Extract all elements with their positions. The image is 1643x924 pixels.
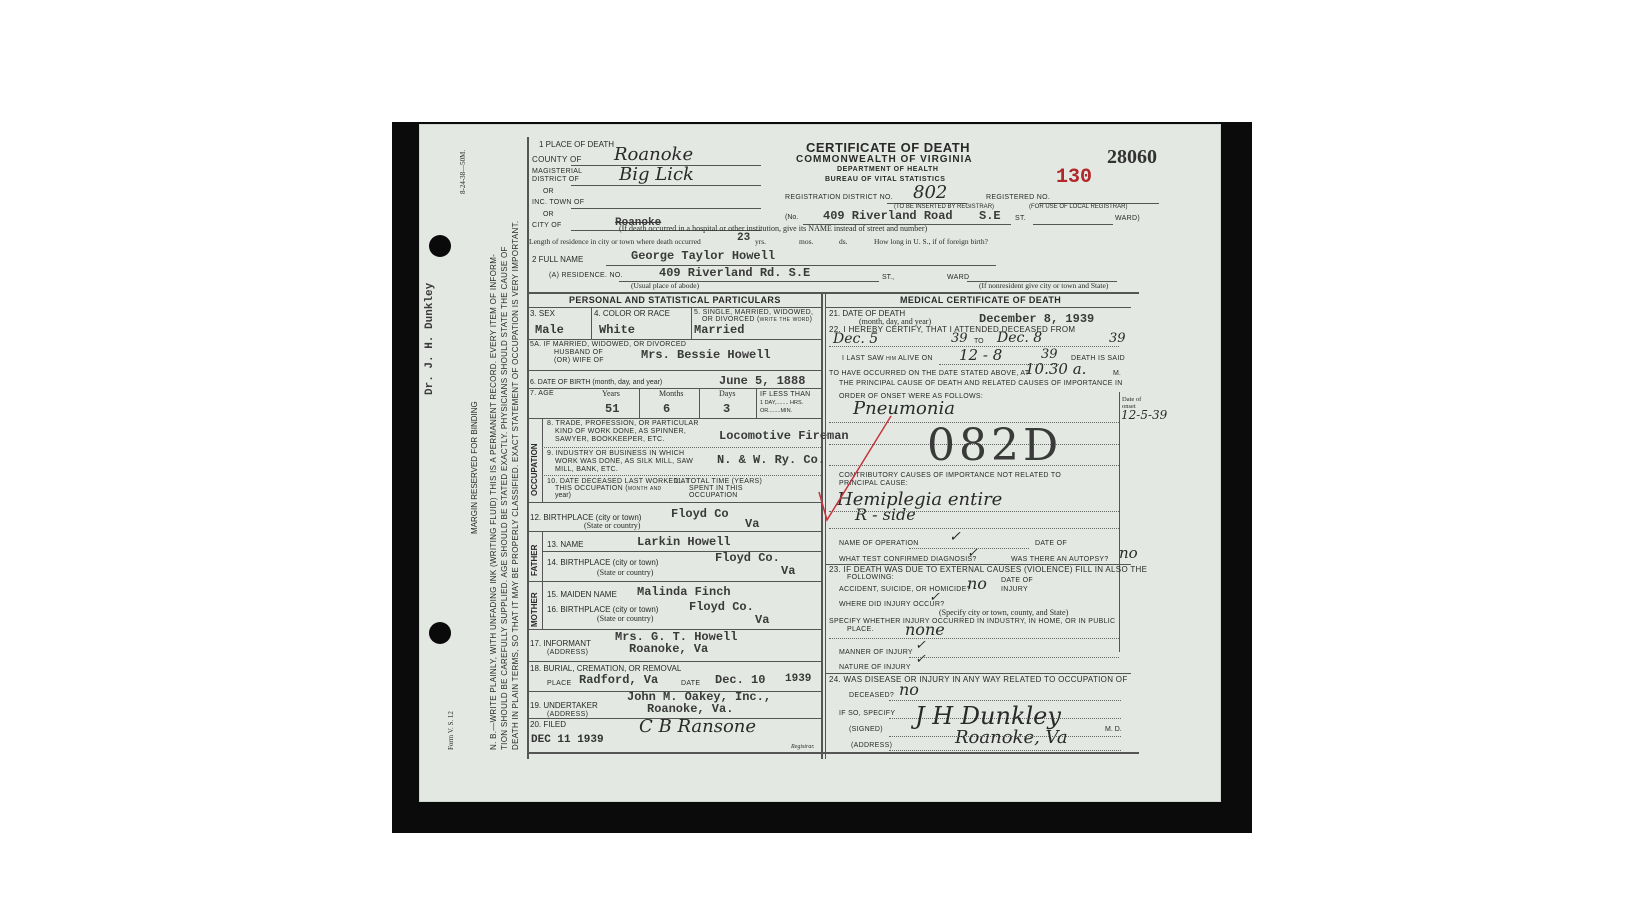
ward-label: WARD) [1115, 215, 1140, 222]
mother-birthplace-city: Floyd Co. [689, 600, 754, 614]
father-birthplace-label: 14. BIRTHPLACE (city or town) [547, 558, 658, 567]
last-worked-label-2: THIS OCCUPATION (month and [555, 485, 661, 492]
dob-label: 6. DATE OF BIRTH (month, day, and year) [530, 379, 662, 386]
age-divider-1 [639, 388, 640, 418]
age-days-label: Days [719, 389, 735, 398]
industry-label-3: MILL, BANK, ETC. [555, 466, 618, 473]
address-line [889, 750, 1121, 751]
occurred-label: TO HAVE OCCURRED ON THE DATE STATED ABOV… [829, 370, 1029, 377]
undertaker-label: 19. UNDERTAKER [530, 701, 598, 710]
father-name: Larkin Howell [637, 535, 731, 549]
age-months-value: 6 [663, 402, 670, 416]
injury-date-label-1: DATE OF [1001, 577, 1033, 584]
occupation-divider [542, 418, 543, 502]
operation-date-label: DATE OF [1035, 540, 1067, 547]
burial-date-label: DATE [681, 680, 700, 687]
trade-label-1: 8. TRADE, PROFESSION, OR PARTICULAR [547, 420, 699, 427]
medical-header: MEDICAL CERTIFICATE OF DEATH [900, 295, 1061, 305]
certificate-title: CERTIFICATE OF DEATH [806, 140, 970, 155]
street-value: 409 Riverland Road [823, 209, 953, 223]
attended-from: Dec. 5 [833, 331, 878, 347]
burial-year: 1939 [785, 673, 811, 685]
or-1: OR [543, 188, 554, 195]
injury-where-sub: (Specify city or town, county, and State… [939, 608, 1068, 617]
marital-value: Married [694, 323, 744, 337]
burial-place: Radford, Va [579, 673, 658, 687]
ward-line [1033, 224, 1113, 225]
spouse-label-3: (OR) WIFE OF [554, 357, 604, 364]
registered-no-note: (FOR USE OF LOCAL REGISTRAR) [1029, 204, 1127, 210]
race-divider [691, 307, 692, 339]
undertaker-address: Roanoke, Va. [647, 702, 733, 716]
trade-label-2: KIND OF WORK DONE, AS SPINNER, [555, 428, 686, 435]
age-years-value: 51 [605, 402, 619, 416]
external-label-1: 23. IF DEATH WAS DUE TO EXTERNAL CAUSES … [829, 565, 1147, 574]
nature-line [825, 673, 1131, 674]
to-label: TO [974, 338, 984, 345]
burial-label: 18. BURIAL, CREMATION, OR REMOVAL [530, 664, 681, 673]
race-label: 4. COLOR OR RACE [594, 309, 670, 318]
certificate-number: 28060 [1107, 146, 1157, 169]
birthplace-state: Va [745, 517, 759, 531]
father-divider [542, 531, 543, 581]
time-suffix: M. [1113, 370, 1121, 377]
occupation-related-label-2: DECEASED? [849, 692, 894, 699]
row-line-7 [527, 581, 821, 582]
attended-to: Dec. 8 [997, 330, 1042, 346]
residence-value: 409 Riverland Rd. S.E [659, 266, 810, 280]
stamp-number: 130 [1056, 166, 1092, 189]
personal-header-line [527, 307, 821, 308]
row-line-9 [527, 661, 821, 662]
row-line-6 [527, 531, 821, 532]
residence-ward-label: WARD [947, 274, 969, 281]
physician-margin-name: Dr. J. H. Dunkley [424, 283, 436, 395]
filed-label: 20. FILED [530, 720, 566, 729]
mother-divider [542, 581, 543, 629]
spouse-label-1: 5A. IF MARRIED, WIDOWED, OR DIVORCED [530, 341, 686, 348]
row-line-2 [527, 370, 821, 371]
md-suffix: M. D. [1105, 726, 1122, 733]
age-months-label: Months [659, 389, 683, 398]
industry-label-2: WORK WAS DONE, AS SILK MILL, SAW [555, 458, 693, 465]
binding-hole-top [429, 235, 451, 257]
birthplace-sub: (State or country) [584, 521, 640, 530]
address-label: (ADDRESS) [851, 742, 892, 749]
injury-where-check: ✓ [929, 590, 940, 605]
injury-place-label-2: PLACE. [847, 626, 874, 633]
registrar-label: Registrar. [791, 744, 815, 750]
registration-district-label: REGISTRATION DISTRICT NO. [785, 194, 893, 201]
nonresident-note: (If nonresident give city or town and St… [979, 281, 1108, 290]
nature-label: NATURE OF INJURY [839, 664, 911, 671]
total-time-label-3: OCCUPATION [689, 492, 738, 499]
manner-line [909, 657, 1119, 658]
sex-divider [591, 307, 592, 339]
dob-value: June 5, 1888 [719, 374, 805, 388]
county-value: Roanoke [614, 144, 693, 165]
city-label: CITY OF [532, 222, 562, 229]
informant-label: 17. INFORMANT [530, 639, 591, 648]
filed-date-stamp: DEC 11 1939 [531, 734, 604, 746]
injury-place-label-1: SPECIFY WHETHER INJURY OCCURRED IN INDUS… [829, 618, 1115, 625]
total-time-label-1: 11. TOTAL TIME (YEARS) [674, 478, 762, 485]
total-time-label-2: SPENT IN THIS [689, 485, 743, 492]
onset-column-divider [1119, 392, 1120, 652]
medical-header-line [825, 307, 1131, 308]
external-label-2: FOLLOWING: [847, 574, 894, 581]
age-days-value: 3 [723, 402, 730, 416]
informant-sub: (ADDRESS) [547, 649, 588, 656]
father-side-label: FATHER [530, 545, 539, 576]
marital-label-2: OR DIVORCED (write the word) [702, 316, 812, 323]
residence-note: (Usual place of abode) [631, 281, 699, 290]
district-label-1: MAGISTERIAL [532, 168, 582, 175]
registration-district-value: 802 [913, 182, 947, 203]
binding-hole-bottom [429, 622, 451, 644]
informant-address: Roanoke, Va [629, 642, 708, 656]
hospital-note: (If death occurred in a hospital or othe… [619, 224, 927, 233]
marital-label-1: 5. SINGLE, MARRIED, WIDOWED, [694, 309, 813, 316]
age-less-label-3: OR........MIN. [760, 408, 792, 414]
spouse-label-2: HUSBAND OF [554, 349, 603, 356]
last-saw-label: I LAST SAW him ALIVE ON [842, 355, 933, 362]
specify-label: IF SO, SPECIFY [839, 710, 895, 717]
form-bottom-border [527, 752, 1139, 754]
operation-label: NAME OF OPERATION [839, 540, 919, 547]
occupation-related-value: no [899, 680, 919, 699]
signed-line [889, 736, 1121, 737]
accident-value: no [967, 574, 987, 593]
trade-label-3: SAWYER, BOOKKEEPER, ETC. [555, 436, 665, 443]
last-worked-label-1: 10. DATE DECEASED LAST WORKED AT [547, 478, 690, 485]
code-annotation: 082D [927, 420, 1062, 471]
row-line-4 [527, 418, 821, 419]
principal-cause-label-1: THE PRINCIPAL CAUSE OF DEATH AND RELATED… [839, 380, 1123, 387]
red-checkmark-icon [817, 414, 897, 524]
age-less-label-1: IF LESS THAN [760, 391, 811, 398]
dod-value: December 8, 1939 [979, 312, 1094, 326]
mother-birthplace-label: 16. BIRTHPLACE (city or town) [547, 605, 658, 614]
mother-birthplace-sub: (State or country) [597, 614, 653, 623]
form-id: Form V. S. 12 [447, 711, 455, 750]
form-left-border [527, 137, 529, 759]
industry-line [542, 475, 821, 476]
trade-line [542, 447, 821, 448]
death-certificate: 8-24-38—50M. Dr. J. H. Dunkley MARGIN RE… [419, 124, 1221, 802]
street-suffix: S.E [979, 209, 1001, 223]
mother-side-label: MOTHER [530, 592, 539, 627]
foreign-label: How long in U. S., if of foreign birth? [874, 237, 988, 246]
age-years-label: Years [602, 389, 620, 398]
residence-st-label: ST., [882, 274, 894, 281]
registrar-signature: C B Ransone [639, 716, 756, 737]
residence-ds: ds. [839, 237, 848, 246]
manner-label: MANNER OF INJURY [839, 649, 913, 656]
residence-label: (A) RESIDENCE. NO. [549, 272, 623, 279]
last-saw-date: 12 - 8 [959, 346, 1002, 364]
residence-length-label: Length of residence in city or town wher… [529, 237, 701, 246]
last-worked-label-3: year) [555, 492, 571, 499]
district-value: Big Lick [619, 164, 694, 185]
department-label: DEPARTMENT OF HEALTH [837, 166, 939, 173]
attended-from-year: 39 [951, 331, 968, 346]
place-of-death-label: 1 PLACE OF DEATH [539, 140, 614, 149]
injury-place-value: none [905, 620, 945, 639]
or-2: OR [543, 211, 554, 218]
certificate-subtitle: COMMONWEALTH OF VIRGINIA [796, 154, 973, 165]
print-code: 8-24-38—50M. [459, 150, 467, 194]
age-divider-3 [756, 388, 757, 418]
accident-label: ACCIDENT, SUICIDE, OR HOMICIDE? [839, 586, 971, 593]
diagnosis-label: WHAT TEST CONFIRMED DIAGNOSIS? [839, 556, 977, 563]
principal-onset: 12-5-39 [1121, 408, 1167, 422]
occupation-related-label-1: 24. WAS DISEASE OR INJURY IN ANY WAY REL… [829, 675, 1128, 684]
age-less-label-2: 1 DAY,........ HRS. [760, 400, 803, 406]
birthplace-city: Floyd Co [671, 507, 729, 521]
injury-date-label-2: INJURY [1001, 586, 1028, 593]
county-label: COUNTY OF [532, 155, 582, 164]
town-line [571, 208, 761, 209]
row-line-1 [527, 339, 821, 340]
diagnosis-check: ✓ [967, 546, 978, 561]
father-birthplace-city: Floyd Co. [715, 551, 780, 565]
mother-birthplace-state: Va [755, 613, 769, 627]
autopsy-label: WAS THERE AN AUTOPSY? [1011, 556, 1109, 563]
burial-place-label: PLACE [547, 680, 571, 687]
residence-years: 23 [737, 232, 750, 244]
column-divider [821, 292, 823, 759]
street-st-label: ST. [1015, 215, 1026, 222]
spouse-value: Mrs. Bessie Howell [641, 348, 771, 362]
personal-header: PERSONAL AND STATISTICAL PARTICULARS [569, 295, 781, 305]
column-divider-inner [825, 292, 826, 759]
age-divider-2 [699, 388, 700, 418]
injury-place-line [829, 638, 1119, 639]
physician-signature: J H Dunkley [915, 702, 1061, 730]
full-name-label: 2 FULL NAME [532, 255, 583, 264]
burial-date: Dec. 10 [715, 673, 765, 687]
physician-address: Roanoke, Va [955, 727, 1068, 748]
sex-value: Male [535, 323, 564, 337]
manner-check: ✓ [915, 638, 926, 653]
father-birthplace-state: Va [781, 564, 795, 578]
time-of-death: 10.30 a. [1025, 360, 1086, 378]
full-name-value: George Taylor Howell [631, 249, 775, 263]
father-birthplace-sub: (State or country) [597, 568, 653, 577]
operation-check: ✓ [949, 529, 961, 545]
instructions-line-2: TION SHOULD BE CAREFULLY SUPPLIED. AGE S… [500, 246, 509, 750]
margin-note: MARGIN RESERVED FOR BINDING [470, 401, 479, 534]
town-label: INC. TOWN OF [532, 199, 584, 206]
district-label-2: DISTRICT OF [532, 176, 579, 183]
residence-yrs: yrs. [755, 237, 766, 246]
registered-no-label: REGISTERED NO. [986, 194, 1050, 201]
section-divider [527, 292, 1139, 294]
signed-label: (SIGNED) [849, 726, 883, 733]
mother-name: Malinda Finch [637, 585, 731, 599]
attended-to-year: 39 [1109, 331, 1126, 346]
instructions-line-3: DEATH IN PLAIN TERMS, SO THAT IT MAY BE … [511, 221, 520, 750]
industry-value: N. & W. Ry. Co. [717, 453, 825, 467]
district-line [571, 185, 761, 186]
contributory-line-2 [829, 528, 1119, 529]
nature-check: ✓ [915, 652, 926, 667]
industry-label-1: 9. INDUSTRY OR BUSINESS IN WHICH [547, 450, 684, 457]
undertaker-sub: (ADDRESS) [547, 711, 588, 718]
street-prefix: (No. [785, 214, 798, 221]
occupation-side-label: OCCUPATION [530, 443, 539, 496]
instructions-line-1: N. B.—WRITE PLAINLY, WITH UNFADING INK (… [489, 254, 498, 750]
occupation-related-line [889, 700, 1121, 701]
row-line-5 [527, 502, 821, 503]
father-name-label: 13. NAME [547, 540, 583, 549]
autopsy-value: no [1119, 544, 1138, 562]
mother-name-label: 15. MAIDEN NAME [547, 590, 617, 599]
sex-label: 3. SEX [530, 309, 555, 318]
race-value: White [599, 323, 635, 337]
residence-mos: mos. [799, 237, 813, 246]
age-label: 7. AGE [530, 390, 554, 397]
